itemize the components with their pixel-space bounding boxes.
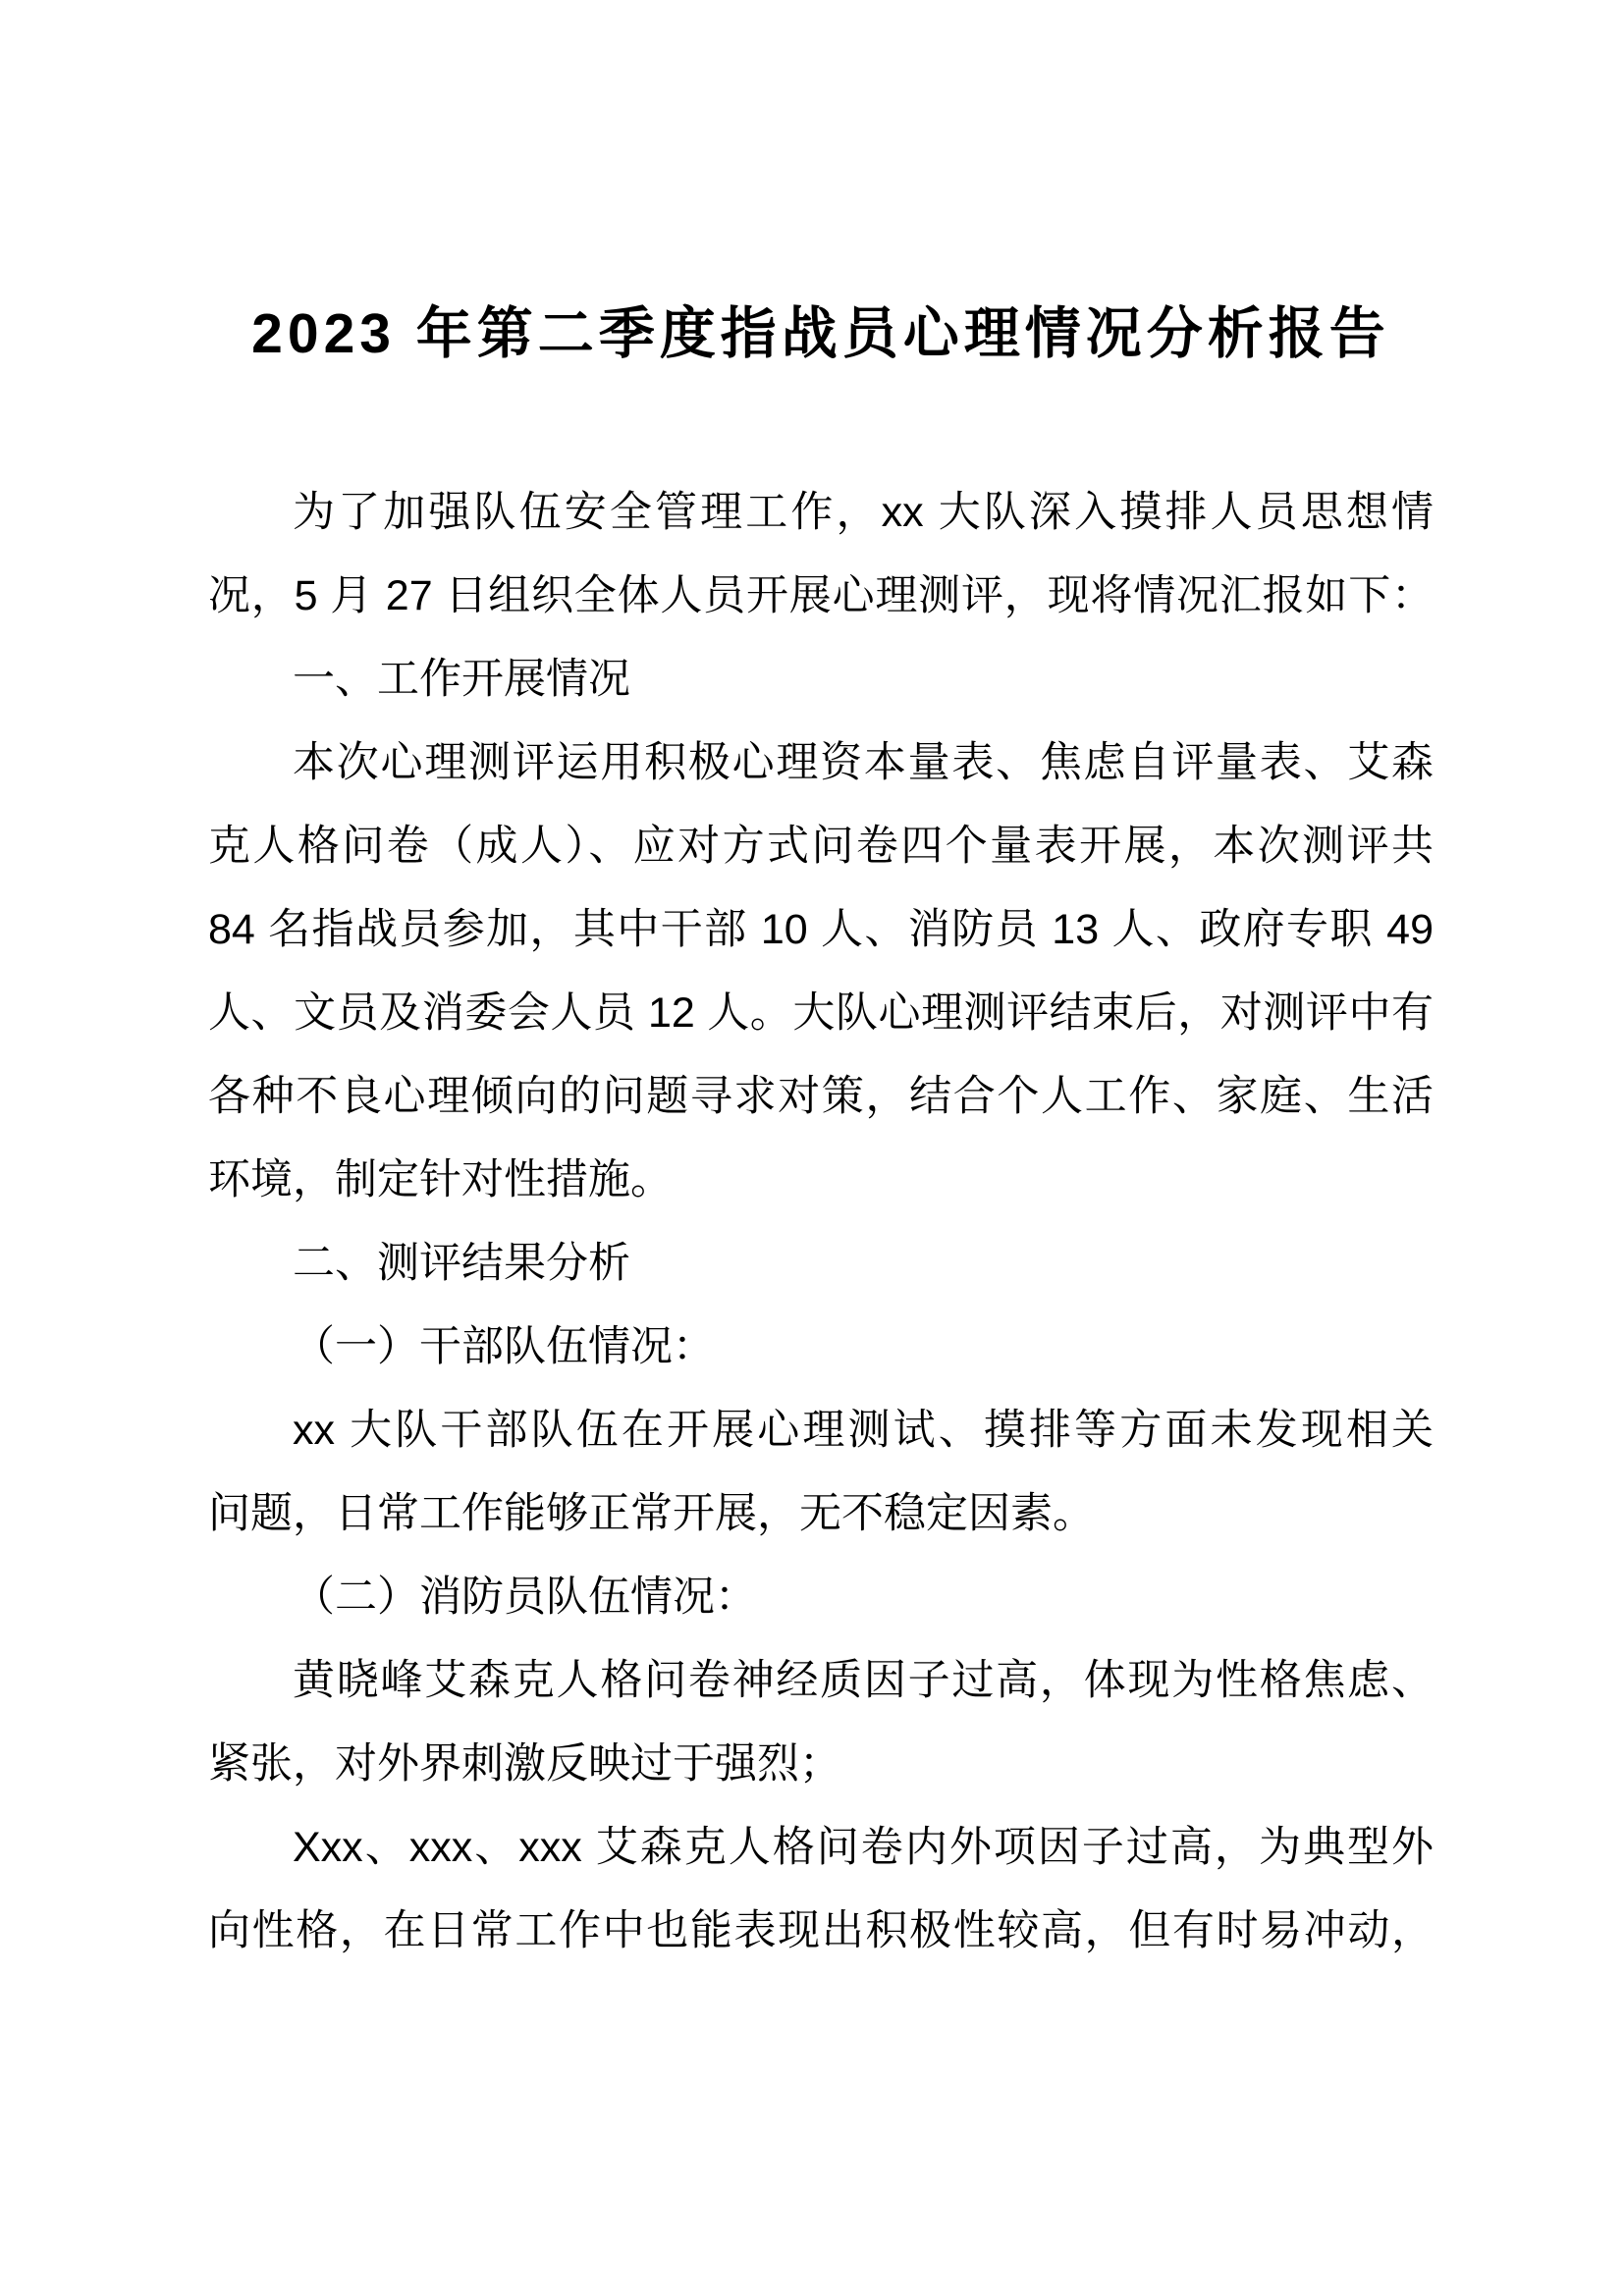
para-2-1: xx 大队干部队伍在开展心理测试、摸排等方面未发现相关问题，日常工作能够正常开展…	[208, 1389, 1434, 1556]
document-line: 紧张，对外界刺激反映过于强烈；	[208, 1723, 1434, 1806]
document-line: 问题，日常工作能够正常开展，无不稳定因素。	[208, 1472, 1434, 1556]
document-line: 况，5 月 27 日组织全体人员开展心理测评，现将情况汇报如下：	[208, 555, 1434, 638]
heading-section-2: 二、测评结果分析	[208, 1222, 1434, 1306]
document-title: 2023 年第二季度指战员心理情况分析报告	[208, 294, 1434, 373]
document-line: 克人格问卷（成人）、应对方式问卷四个量表开展，本次测评共	[208, 805, 1434, 888]
heading-section-1: 一、工作开展情况	[208, 638, 1434, 721]
document-line: 一、工作开展情况	[208, 638, 1434, 721]
subheading-2-1: （一）干部队伍情况：	[208, 1306, 1434, 1389]
document-body: 为了加强队伍安全管理工作，xx 大队深入摸排人员思想情况，5 月 27 日组织全…	[208, 471, 1434, 1973]
para-2-3: Xxx、xxx、xxx 艾森克人格问卷内外项因子过高，为典型外向性格，在日常工作…	[208, 1806, 1434, 1973]
document-line: 本次心理测评运用积极心理资本量表、焦虑自评量表、艾森	[208, 721, 1434, 805]
document-line: xx 大队干部队伍在开展心理测试、摸排等方面未发现相关	[208, 1389, 1434, 1472]
document-line: 环境，制定针对性措施。	[208, 1139, 1434, 1222]
document-line: 黄晓峰艾森克人格问卷神经质因子过高，体现为性格焦虑、	[208, 1639, 1434, 1723]
document-line: 为了加强队伍安全管理工作，xx 大队深入摸排人员思想情	[208, 471, 1434, 555]
document-line: 向性格，在日常工作中也能表现出积极性较高，但有时易冲动，	[208, 1890, 1434, 1973]
document-line: 二、测评结果分析	[208, 1222, 1434, 1306]
document-page: 2023 年第二季度指战员心理情况分析报告 为了加强队伍安全管理工作，xx 大队…	[0, 0, 1624, 2296]
document-line: 84 名指战员参加，其中干部 10 人、消防员 13 人、政府专职 49	[208, 888, 1434, 972]
document-line: Xxx、xxx、xxx 艾森克人格问卷内外项因子过高，为典型外	[208, 1806, 1434, 1890]
para-2-2: 黄晓峰艾森克人格问卷神经质因子过高，体现为性格焦虑、紧张，对外界刺激反映过于强烈…	[208, 1639, 1434, 1806]
para-intro: 为了加强队伍安全管理工作，xx 大队深入摸排人员思想情况，5 月 27 日组织全…	[208, 471, 1434, 638]
document-line: 人、文员及消委会人员 12 人。大队心理测评结束后，对测评中有	[208, 972, 1434, 1055]
document-line: （一）干部队伍情况：	[208, 1306, 1434, 1389]
document-line: （二）消防员队伍情况：	[208, 1556, 1434, 1639]
para-section-1: 本次心理测评运用积极心理资本量表、焦虑自评量表、艾森克人格问卷（成人）、应对方式…	[208, 721, 1434, 1222]
document-line: 各种不良心理倾向的问题寻求对策，结合个人工作、家庭、生活	[208, 1055, 1434, 1139]
subheading-2-2: （二）消防员队伍情况：	[208, 1556, 1434, 1639]
